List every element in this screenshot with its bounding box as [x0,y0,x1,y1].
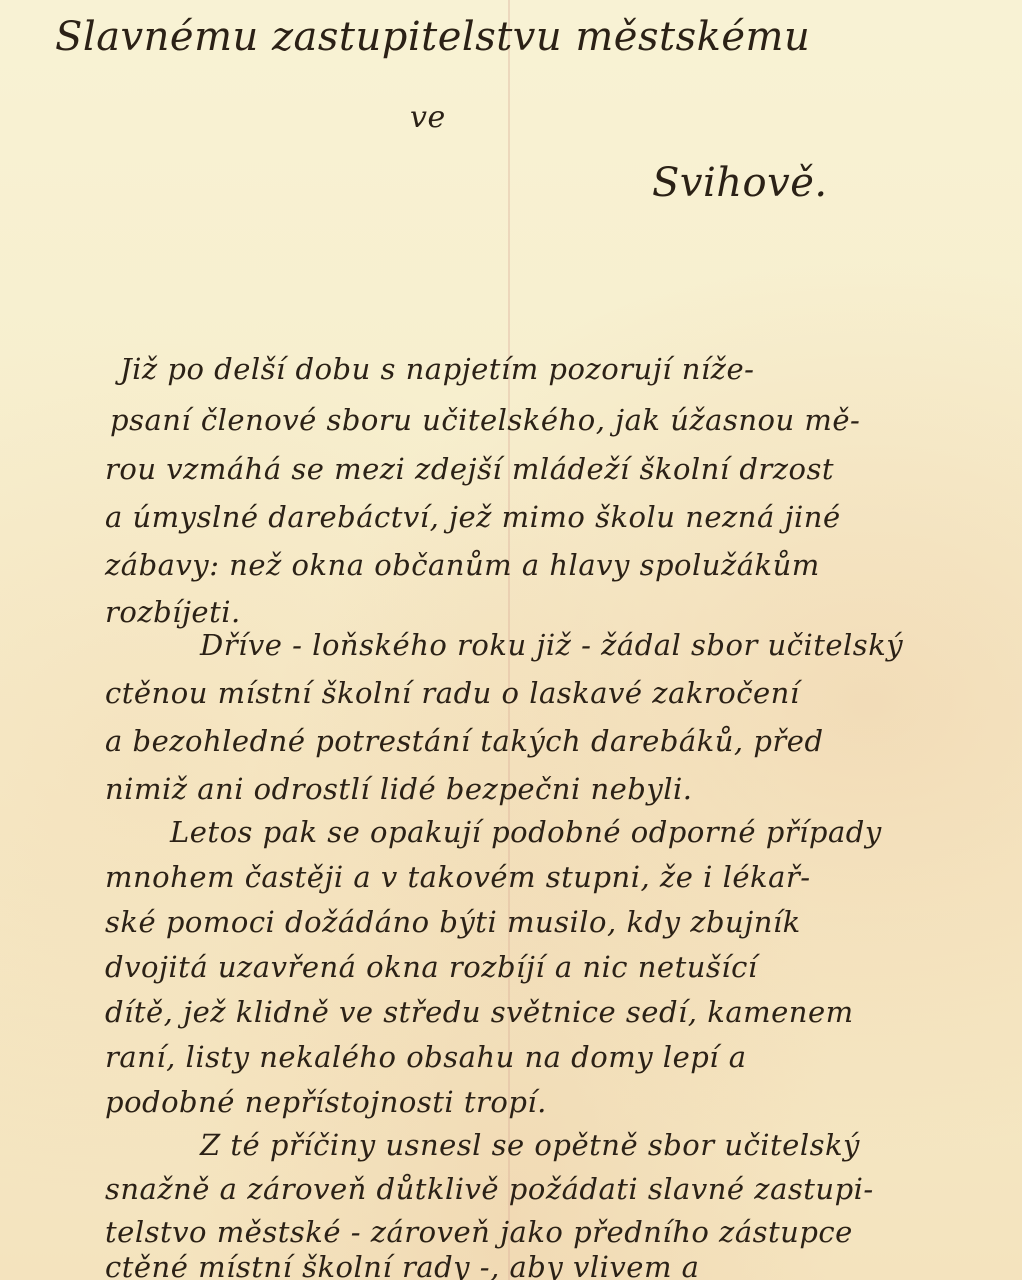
body-line: ctěnou místní školní radu o laskavé zakr… [105,676,800,710]
letter-page: Slavnému zastupitelstvu městskému ve Svi… [0,0,1022,1280]
body-line: podobné nepřístojnosti tropí. [105,1085,547,1119]
body-line: Letos pak se opakují podobné odporné pří… [170,815,882,849]
body-line: dvojitá uzavřená okna rozbíjí a nic netu… [105,950,758,984]
body-line: raní, listy nekalého obsahu na domy lepí… [105,1040,747,1074]
body-line: nimiž ani odrostlí lidé bezpečni nebyli. [105,772,693,806]
address-line-3: Svihově. [652,160,828,206]
body-line: ské pomoci dožádáno býti musilo, kdy zbu… [105,905,801,939]
body-line: zábavy: než okna občanům a hlavy spolužá… [105,548,820,582]
body-line: dítě, jež klidně ve středu světnice sedí… [105,995,854,1029]
body-line: telstvo městské - zároveň jako předního … [105,1215,853,1249]
body-line: a bezohledné potrestání takých darebáků,… [105,724,824,758]
address-line-1: Slavnému zastupitelstvu městskému [55,14,810,60]
body-line: Z té příčiny usnesl se opětně sbor učite… [200,1128,860,1162]
body-line: Již po delší dobu s napjetím pozorují ní… [120,352,754,386]
body-line: snažně a zároveň důtklivě požádati slavn… [105,1172,874,1206]
body-line: rou vzmáhá se mezi zdejší mládeží školní… [105,452,834,486]
body-line: a úmyslné darebáctví, jež mimo školu nez… [105,500,841,534]
address-line-2: ve [410,100,446,135]
body-line: ctěné místní školní rady -, aby vlivem a [105,1250,699,1280]
body-line: Dříve - loňského roku již - žádal sbor u… [200,628,903,662]
body-line: mnohem častěji a v takovém stupni, že i … [105,860,811,894]
body-line: rozbíjeti. [105,595,241,629]
body-line: psaní členové sboru učitelského, jak úža… [110,403,860,437]
